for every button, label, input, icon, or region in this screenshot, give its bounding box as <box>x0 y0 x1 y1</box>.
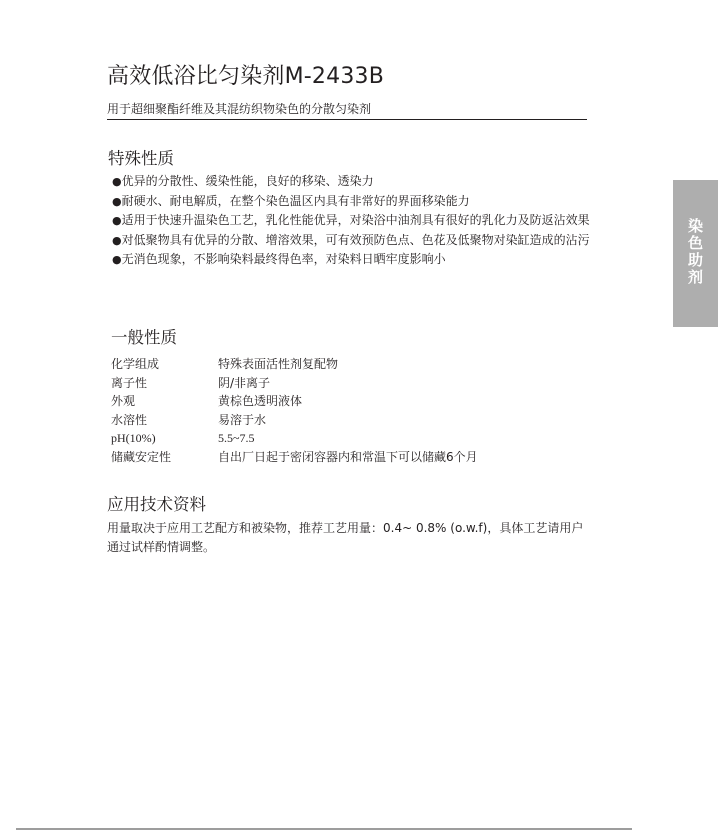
table-row: 外观 黄棕色透明液体 <box>111 392 478 411</box>
table-row: 储藏安定性 自出厂日起于密闭容器内和常温下可以储藏6个月 <box>111 448 478 467</box>
property-key: 化学组成 <box>111 355 218 374</box>
property-value: 自出厂日起于密闭容器内和常温下可以储藏6个月 <box>218 448 478 467</box>
product-title: 高效低浴比匀染剂M-2433B <box>107 62 384 92</box>
list-item: ●对低聚物具有优异的分散、增溶效果，可有效预防色点、色花及低聚物对染缸造成的沾污 <box>112 231 590 251</box>
product-subtitle: 用于超细聚酯纤维及其混纺织物染色的分散匀染剂 <box>107 101 371 118</box>
property-value: 易溶于水 <box>218 411 266 430</box>
application-heading: 应用技术资料 <box>107 494 206 516</box>
bullet-icon: ● <box>112 234 122 247</box>
list-item: ●适用于快速升温染色工艺，乳化性能优异，对染浴中油剂具有很好的乳化力及防返沾效果 <box>112 211 590 231</box>
property-value: 5.5~7.5 <box>218 429 255 448</box>
property-value: 特殊表面活性剂复配物 <box>218 355 338 374</box>
property-value: 黄棕色透明液体 <box>218 392 302 411</box>
table-row: pH(10%) 5.5~7.5 <box>111 429 478 448</box>
bullet-icon: ● <box>112 175 122 188</box>
bullet-icon: ● <box>112 253 122 266</box>
special-properties-heading: 特殊性质 <box>108 148 174 170</box>
list-item: ●优异的分散性、缓染性能，良好的移染、透染力 <box>112 172 590 192</box>
property-key: pH(10%) <box>111 429 218 448</box>
property-key: 外观 <box>111 392 218 411</box>
side-category-label: 染色助剂 <box>688 218 704 286</box>
application-text: 用量取决于应用工艺配方和被染物，推荐工艺用量：0.4~ 0.8% (o.w.f)… <box>107 519 591 556</box>
title-divider <box>107 119 587 120</box>
general-properties-table: 化学组成 特殊表面活性剂复配物 离子性 阴/非离子 外观 黄棕色透明液体 水溶性… <box>111 355 478 467</box>
general-properties-heading: 一般性质 <box>111 327 177 349</box>
property-key: 水溶性 <box>111 411 218 430</box>
table-row: 离子性 阴/非离子 <box>111 374 478 393</box>
table-row: 水溶性 易溶于水 <box>111 411 478 430</box>
property-key: 储藏安定性 <box>111 448 218 467</box>
bullet-icon: ● <box>112 214 122 227</box>
list-item: ●耐硬水、耐电解质，在整个染色温区内具有非常好的界面移染能力 <box>112 192 590 212</box>
table-row: 化学组成 特殊表面活性剂复配物 <box>111 355 478 374</box>
list-item: ●无消色现象，不影响染料最终得色率，对染料日晒牢度影响小 <box>112 250 590 270</box>
property-key: 离子性 <box>111 374 218 393</box>
property-value: 阴/非离子 <box>218 374 270 393</box>
side-category-tab: 染色助剂 <box>673 180 718 327</box>
bullet-icon: ● <box>112 195 122 208</box>
footer-divider <box>16 828 632 830</box>
special-properties-list: ●优异的分散性、缓染性能，良好的移染、透染力 ●耐硬水、耐电解质，在整个染色温区… <box>112 172 590 270</box>
